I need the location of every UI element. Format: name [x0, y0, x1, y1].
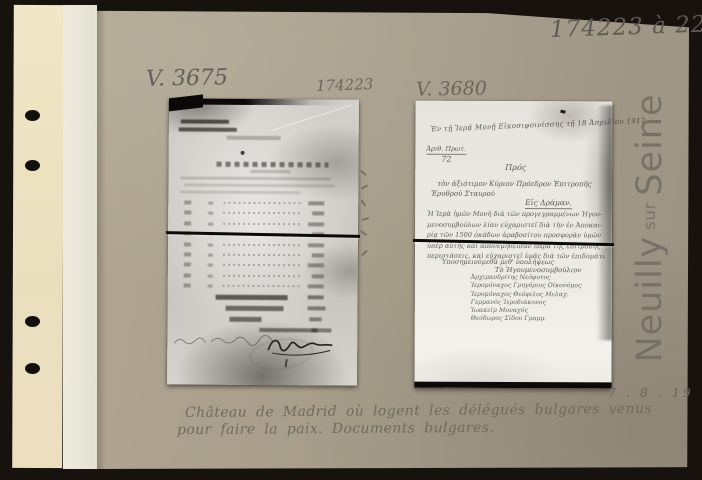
place-line: Εἰς Δράμαν.: [525, 198, 572, 209]
caption-line-2: pour faire la paix. Documents bulgares.: [177, 420, 494, 438]
typed-line: [180, 176, 330, 180]
ink-mark: [560, 110, 566, 114]
date-note: 7 . 8 . 19: [608, 385, 694, 400]
typed-amount: [311, 328, 331, 332]
document-photo-left: [167, 98, 359, 385]
typed-mark: [241, 151, 245, 155]
letterhead-stamp-line: [181, 119, 229, 123]
archive-number-note: 174223: [316, 75, 374, 95]
ledger-rows: [168, 197, 359, 294]
letter-body-line: μενοσυμβούλων λίαν εὐχαριστεῖ διὰ τὴν ἐν…: [427, 219, 605, 230]
typed-line: [227, 136, 281, 140]
letterhead-stamp-line: [179, 127, 237, 131]
protocol-label: Ἀριθ. Πρωτ.: [426, 145, 466, 155]
punch-hole: [25, 110, 40, 121]
location-city: Neuilly: [630, 235, 670, 362]
signature-line: Θεόδωρος Σίδου Γραμμ.: [471, 315, 582, 324]
closing-line: Ὑποσημειούμεθα μεθ' ὑπολήψεως: [441, 258, 554, 266]
typed-amount: [308, 295, 324, 299]
punch-hole: [25, 160, 40, 171]
binder-strip-edge: [63, 5, 97, 469]
archive-range-note: 174223 à 227: [550, 11, 702, 43]
plate-label-right: V. 3680: [416, 77, 487, 100]
location-note-text: NeuillysurSeine: [630, 93, 670, 362]
signature-list: Ἀρχιμανδρίτης Νεόφυτος Ἱερομόναχος Γρηγό…: [471, 274, 582, 324]
letter-body: Ἡ Ἱερὰ ἡμῶν Μονὴ διὰ τῶν προγεγραμμένων …: [427, 209, 605, 262]
letter-body-line: Ἡ Ἱερὰ ἡμῶν Μονὴ διὰ τῶν προγεγραμμένων …: [427, 209, 605, 220]
location-middle: sur: [640, 201, 659, 229]
typed-amount: [309, 317, 321, 321]
album-scan: 174223 à 227 V. 3675 174223 V. 3680: [0, 0, 702, 480]
typed-word-line: [226, 306, 284, 311]
typed-line: [180, 190, 300, 194]
typed-amount: [308, 306, 326, 310]
location-river: Seine: [630, 93, 670, 195]
addressee-line: τὸν ἀξιότιμον Κύριον Πρόεδρον Ἐπιτροπῆς: [437, 180, 591, 189]
typed-line: [250, 170, 290, 173]
location-note: NeuillysurSeine: [604, 100, 696, 355]
typed-line: [184, 183, 334, 187]
typed-word-line: [216, 295, 288, 300]
scratch-mark: [271, 105, 352, 132]
photo-dark-corner: [169, 94, 203, 111]
salutation: Πρός: [505, 163, 526, 172]
signature: [263, 334, 337, 359]
plate-label-left: V. 3675: [146, 65, 228, 91]
signature-line: Ἱερομόναχος Γρηγόριος Οἰκονόμος: [471, 282, 582, 291]
ledger-row: [168, 280, 358, 292]
binder-strip: [12, 5, 64, 468]
protocol-number: 72: [441, 155, 451, 164]
typed-word-line: [229, 317, 261, 322]
punch-hole: [25, 363, 40, 374]
addressee-line: Ἐρυθροῦ Σταυροῦ: [431, 190, 495, 198]
photo-dark-edge: [414, 382, 611, 389]
signature-line: Ἱερομόναχος Θεόφιλος Μελαχ.: [471, 290, 582, 299]
punch-hole: [25, 316, 40, 327]
typed-title-line: [217, 162, 329, 167]
